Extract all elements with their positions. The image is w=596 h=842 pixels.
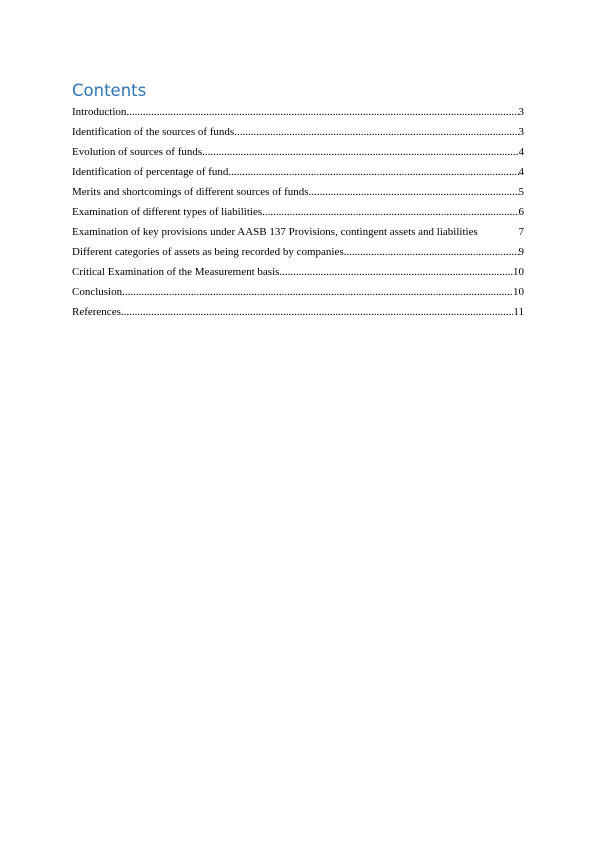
toc-entry-types-of-liabilities[interactable]: Examination of different types of liabil… xyxy=(72,202,524,222)
toc-entry-page: 10 xyxy=(513,262,524,282)
toc-entry-title: Merits and shortcomings of different sou… xyxy=(72,182,309,202)
toc-entry-page: 3 xyxy=(519,122,525,142)
toc-entry-measurement-basis[interactable]: Critical Examination of the Measurement … xyxy=(72,262,524,282)
toc-entry-percentage-of-fund[interactable]: Identification of percentage of fund 4 xyxy=(72,162,524,182)
toc-entry-title: References xyxy=(72,302,121,322)
dot-leader xyxy=(202,142,518,162)
toc-entry-page: 3 xyxy=(519,102,525,122)
toc-entry-categories-of-assets[interactable]: Different categories of assets as being … xyxy=(72,242,524,262)
toc-entry-introduction[interactable]: Introduction 3 xyxy=(72,102,524,122)
toc-entry-title: Conclusion xyxy=(72,282,122,302)
toc-entry-title: Identification of the sources of funds xyxy=(72,122,234,142)
toc-entry-sources-of-funds[interactable]: Identification of the sources of funds 3 xyxy=(72,122,524,142)
table-of-contents: Introduction 3 Identification of the sou… xyxy=(72,102,524,322)
toc-entry-aasb-137[interactable]: Examination of key provisions under AASB… xyxy=(72,222,524,242)
toc-entry-title: Evolution of sources of funds xyxy=(72,142,202,162)
toc-entry-title: Introduction xyxy=(72,102,126,122)
toc-entry-page: 9 xyxy=(519,242,525,262)
toc-heading: Contents xyxy=(72,80,146,102)
dot-leader xyxy=(121,302,514,322)
toc-entry-page: 7 xyxy=(519,222,525,242)
dot-leader xyxy=(234,122,518,142)
dot-leader xyxy=(279,262,513,282)
toc-entry-title: Different categories of assets as being … xyxy=(72,242,344,262)
dot-leader xyxy=(228,162,518,182)
toc-entry-title: Identification of percentage of fund xyxy=(72,162,228,182)
toc-entry-evolution-of-sources[interactable]: Evolution of sources of funds 4 xyxy=(72,142,524,162)
toc-entry-conclusion[interactable]: Conclusion 10 xyxy=(72,282,524,302)
dot-leader xyxy=(122,282,513,302)
toc-entry-page: 4 xyxy=(519,142,525,162)
toc-entry-page: 6 xyxy=(519,202,525,222)
dot-leader xyxy=(126,102,518,122)
toc-entry-references[interactable]: References 11 xyxy=(72,302,524,322)
toc-entry-merits-and-shortcomings[interactable]: Merits and shortcomings of different sou… xyxy=(72,182,524,202)
toc-entry-page: 5 xyxy=(519,182,525,202)
toc-entry-title: Examination of different types of liabil… xyxy=(72,202,262,222)
dot-leader xyxy=(262,202,518,222)
document-page: Contents Introduction 3 Identification o… xyxy=(0,0,596,842)
toc-entry-page: 10 xyxy=(513,282,524,302)
toc-entry-title: Examination of key provisions under AASB… xyxy=(72,222,478,242)
dot-leader xyxy=(344,242,519,262)
toc-entry-page: 4 xyxy=(519,162,525,182)
toc-entry-title: Critical Examination of the Measurement … xyxy=(72,262,279,282)
toc-entry-page: 11 xyxy=(513,302,524,322)
dot-leader xyxy=(309,182,519,202)
